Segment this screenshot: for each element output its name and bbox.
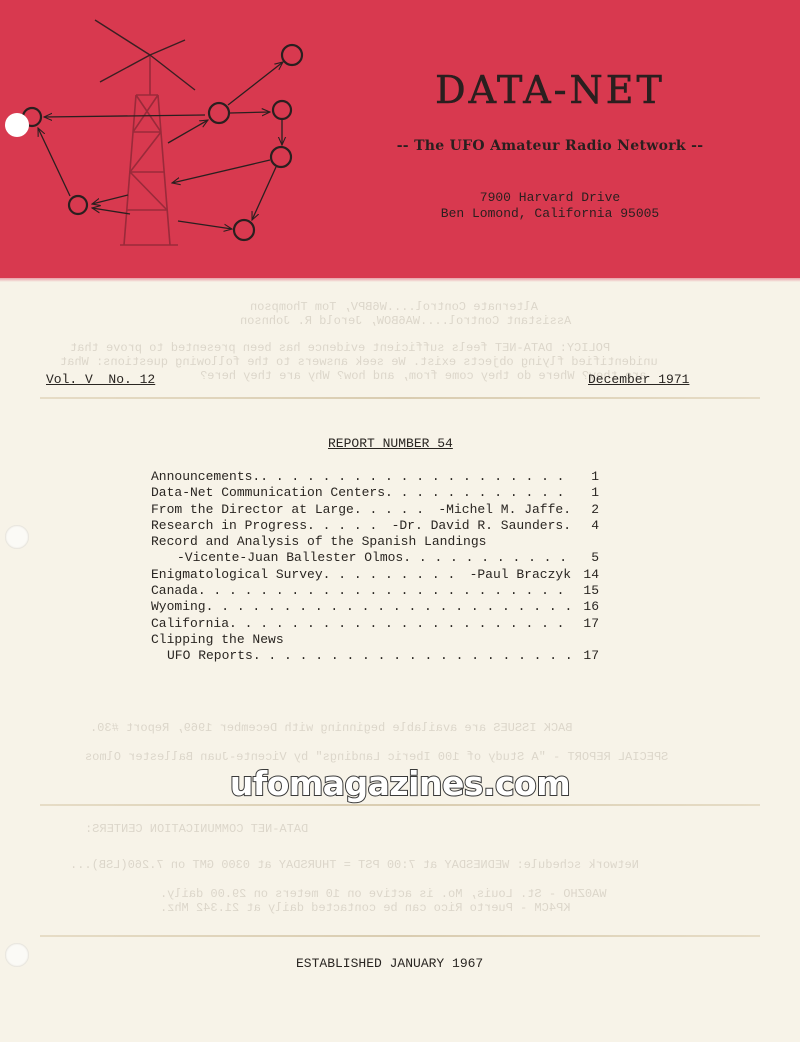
banner-edge bbox=[0, 278, 800, 282]
volume-number: Vol. V No. 12 bbox=[46, 372, 155, 387]
toc-entry: Clipping the News bbox=[151, 632, 599, 648]
toc-dot-leader: . . . . . . . . . . . . . . . . . . . . … bbox=[260, 469, 571, 485]
bleed-through-text: Network schedule: WEDNESDAY at 7:00 PST … bbox=[70, 858, 639, 872]
toc-entry-title: Record and Analysis of the Spanish Landi… bbox=[151, 534, 486, 550]
toc-dot-leader: . . . . . . . . . . . . . . . . . . . . … bbox=[385, 485, 571, 501]
toc-entry-page: 5 bbox=[571, 550, 599, 566]
toc-dot-leader bbox=[486, 534, 571, 550]
toc-entry-title: Announcements. bbox=[151, 469, 260, 485]
bleed-through-text: unidentified flying objects exist. We se… bbox=[60, 355, 658, 369]
bleed-through-text: are they? Where do they come from, and h… bbox=[200, 369, 646, 383]
bleed-through-text: WA0ZHO - St. Louis, Mo. is active on 10 … bbox=[160, 887, 606, 901]
toc-entry-author: -Paul Braczyk bbox=[466, 567, 571, 583]
toc-entry: Enigmatological Survey . . . . . . . . .… bbox=[151, 567, 599, 583]
bleed-through-text: Assistant Control....WA6BOW, Jerold R. J… bbox=[240, 314, 571, 328]
toc-dot-leader: . . . . . . . . . . . . . . . . . . . . … bbox=[229, 616, 571, 632]
toc-entry-title: Enigmatological Survey bbox=[151, 567, 323, 583]
toc-entry: Canada . . . . . . . . . . . . . . . . .… bbox=[151, 583, 599, 599]
toc-entry: Wyoming . . . . . . . . . . . . . . . . … bbox=[151, 599, 599, 615]
address-street: 7900 Harvard Drive bbox=[400, 190, 700, 206]
toc-entry: Announcements. . . . . . . . . . . . . .… bbox=[151, 469, 599, 485]
mailing-address: 7900 Harvard Drive Ben Lomond, Californi… bbox=[400, 190, 700, 222]
toc-dot-leader: . . . . . . . . . . . . . . . . . . . . … bbox=[198, 583, 571, 599]
toc-entry-page: 17 bbox=[571, 648, 599, 664]
divider-line bbox=[40, 804, 760, 806]
binder-punch-hole bbox=[5, 113, 29, 137]
toc-entry-author: -Michel M. Jaffe. bbox=[434, 502, 571, 518]
toc-entry-title: From the Director at Large bbox=[151, 502, 354, 518]
bleed-through-text: BACK ISSUES are available beginning with… bbox=[90, 721, 572, 735]
toc-entry-title: -Vicente-Juan Ballester Olmos bbox=[151, 550, 403, 566]
masthead-title: DATA-NET bbox=[380, 68, 720, 112]
toc-entry-page: 4 bbox=[571, 518, 599, 534]
toc-dot-leader: . . . . . . . . . . . . . . . . . . . . … bbox=[206, 599, 571, 615]
toc-entry-page bbox=[571, 534, 599, 550]
toc-entry-page: 15 bbox=[571, 583, 599, 599]
toc-entry: California . . . . . . . . . . . . . . .… bbox=[151, 616, 599, 632]
toc-entry-title: Wyoming bbox=[151, 599, 206, 615]
divider-line bbox=[40, 935, 760, 937]
bleed-through-text: KP4CM - Puerto Rico can be contacted dai… bbox=[160, 901, 570, 915]
toc-entry-title: Clipping the News bbox=[151, 632, 284, 648]
toc-entry-page: 17 bbox=[571, 616, 599, 632]
toc-dot-leader: . . . . . . . . . . . . . . . . . . . . … bbox=[253, 648, 571, 664]
toc-dot-leader bbox=[284, 632, 571, 648]
divider-line bbox=[40, 397, 760, 399]
toc-dot-leader: . . . . . . . . . . . . . . . . . . . . … bbox=[403, 550, 571, 566]
report-number-heading: REPORT NUMBER 54 bbox=[328, 436, 453, 451]
bleed-through-text: SPECIAL REPORT - "A Study of 100 Iberic … bbox=[85, 750, 668, 764]
toc-entry-title: Data-Net Communication Centers bbox=[151, 485, 385, 501]
binder-punch-hole bbox=[5, 943, 29, 967]
toc-dot-leader: . . . . . . . . . . . . . . . . . . . . … bbox=[354, 502, 435, 518]
toc-entry: Data-Net Communication Centers . . . . .… bbox=[151, 485, 599, 501]
toc-entry: Record and Analysis of the Spanish Landi… bbox=[151, 534, 599, 550]
toc-entry-page: 1 bbox=[571, 469, 599, 485]
table-of-contents: Announcements. . . . . . . . . . . . . .… bbox=[151, 469, 599, 665]
toc-entry: From the Director at Large . . . . . . .… bbox=[151, 502, 599, 518]
bleed-through-text: DATA-NET COMMUNICATION CENTERS: bbox=[85, 822, 308, 836]
toc-entry-page: 2 bbox=[571, 502, 599, 518]
address-city: Ben Lomond, California 95005 bbox=[400, 206, 700, 222]
toc-entry-author: -Dr. David R. Saunders. bbox=[388, 518, 571, 534]
toc-entry-title: Canada bbox=[151, 583, 198, 599]
toc-entry-page: 14 bbox=[571, 567, 599, 583]
toc-entry: UFO Reports . . . . . . . . . . . . . . … bbox=[151, 648, 599, 664]
watermark-logo: ufomagazines.com bbox=[222, 764, 578, 803]
toc-dot-leader: . . . . . . . . . . . . . . . . . . . . … bbox=[323, 567, 466, 583]
toc-entry-page: 1 bbox=[571, 485, 599, 501]
bleed-through-text: POLICY: DATA-NET feels sufficient eviden… bbox=[70, 341, 610, 355]
radio-tower-network-icon bbox=[0, 0, 340, 270]
established-footer: ESTABLISHED JANUARY 1967 bbox=[296, 956, 483, 971]
toc-entry: Research in Progress . . . . . . . . . .… bbox=[151, 518, 599, 534]
toc-entry-title: California bbox=[151, 616, 229, 632]
issue-date: December 1971 bbox=[588, 372, 689, 387]
binder-punch-hole bbox=[5, 525, 29, 549]
toc-entry-page bbox=[571, 632, 599, 648]
toc-entry-page: 16 bbox=[571, 599, 599, 615]
toc-entry-title: UFO Reports bbox=[151, 648, 253, 664]
toc-entry-title: Research in Progress bbox=[151, 518, 307, 534]
toc-entry: -Vicente-Juan Ballester Olmos . . . . . … bbox=[151, 550, 599, 566]
toc-dot-leader: . . . . . . . . . . . . . . . . . . . . … bbox=[307, 518, 388, 534]
bleed-through-text: Alternate Control....W6BPV, Tom Thompson bbox=[250, 300, 538, 314]
masthead-tagline: -- The UFO Amateur Radio Network -- bbox=[380, 138, 720, 154]
